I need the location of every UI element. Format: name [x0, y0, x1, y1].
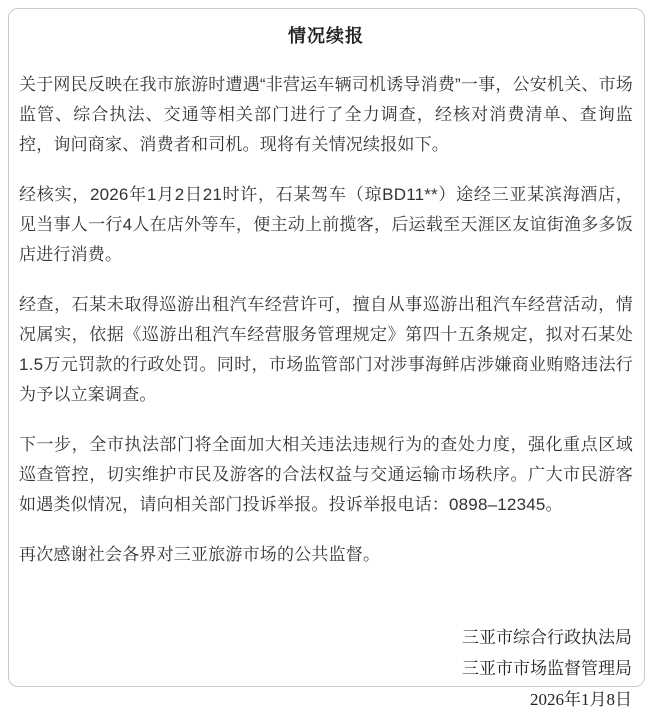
paragraph-verification: 经核实，2026年1月2日21时许，石某驾车（琼BD11**）途经三亚某滨海酒店…	[19, 180, 633, 270]
signature-block: 三亚市综合行政执法局 三亚市市场监督管理局 2026年1月8日	[19, 622, 633, 696]
notice-title: 情况续报	[19, 23, 633, 49]
notice-card: 情况续报 关于网民反映在我市旅游时遭遇“非营运车辆司机诱导消费”一事，公安机关、…	[8, 8, 645, 687]
signature-date: 2026年1月8日	[19, 684, 632, 696]
signature-org-enforcement: 三亚市综合行政执法局	[19, 622, 632, 653]
paragraph-thanks: 再次感谢社会各界对三亚旅游市场的公共监督。	[19, 540, 633, 570]
paragraph-intro: 关于网民反映在我市旅游时遭遇“非营运车辆司机诱导消费”一事，公安机关、市场监管、…	[19, 70, 633, 160]
paragraph-next-steps: 下一步，全市执法部门将全面加大相关违法违规行为的查处力度，强化重点区域巡查管控，…	[19, 430, 633, 520]
signature-org-market-supervision: 三亚市市场监督管理局	[19, 653, 632, 684]
paragraph-penalty: 经查，石某未取得巡游出租汽车经营许可，擅自从事巡游出租汽车经营活动，情况属实，依…	[19, 290, 633, 410]
notice-body: 关于网民反映在我市旅游时遭遇“非营运车辆司机诱导消费”一事，公安机关、市场监管、…	[19, 70, 633, 570]
